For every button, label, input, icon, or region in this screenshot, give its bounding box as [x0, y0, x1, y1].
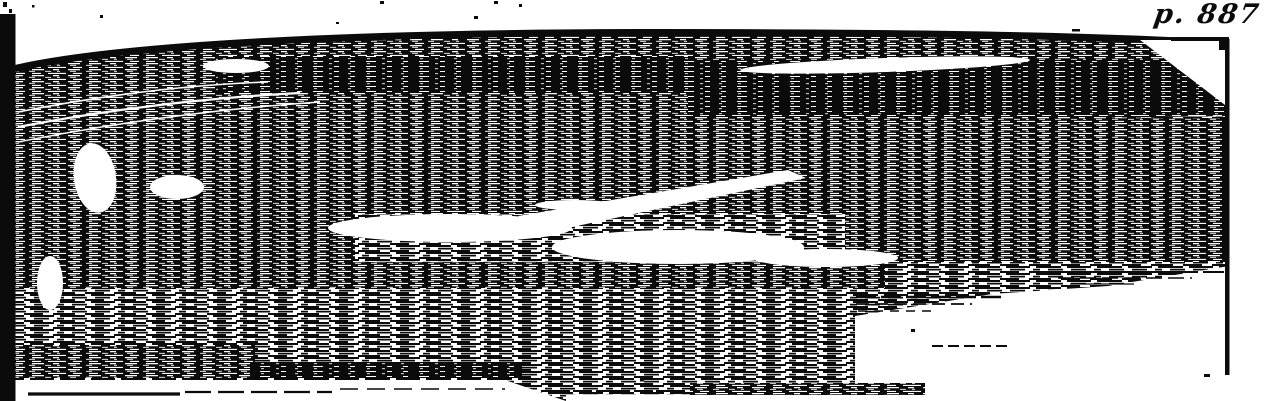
sky-speck-1	[100, 15, 103, 18]
highlight-streak-top-left	[203, 59, 269, 73]
gutter-band	[0, 14, 16, 401]
gutter-shadow	[0, 2, 16, 401]
sky-speck-4	[494, 1, 498, 4]
sky-speck-7	[336, 22, 339, 24]
speck-bottom-center	[640, 379, 644, 382]
engraving-figure	[0, 0, 1270, 401]
sky-speck-6	[32, 5, 35, 8]
sky-speck-2	[380, 1, 384, 4]
plate-border-corner	[1219, 37, 1229, 50]
gutter-speck-1	[3, 2, 7, 7]
dark-core-left	[218, 56, 688, 92]
bottom-center-dark-band	[250, 362, 522, 378]
sky-speck-5	[519, 4, 522, 7]
speck-border-end	[1204, 374, 1210, 377]
cluster-mid-left	[15, 205, 355, 263]
bottom-left-fade	[15, 380, 566, 401]
highlight-blob-2	[150, 175, 204, 199]
sky-speck-3	[474, 16, 478, 19]
ink-specks	[32, 1, 522, 24]
cluster-bottom-left	[15, 345, 255, 378]
cluster-lower-left	[15, 262, 885, 288]
page-number-annotation: p. 887	[1152, 0, 1263, 30]
bottom-center-dense-tail	[690, 383, 925, 395]
highlight-blob-3	[37, 256, 63, 310]
plate-border-right	[1225, 39, 1230, 375]
speck-top-tick	[1072, 29, 1080, 32]
highlight-lens-3	[754, 249, 898, 267]
speck-cross	[911, 329, 915, 332]
bottom-center-fade	[566, 395, 856, 401]
gutter-speck-2	[9, 9, 12, 13]
cluster-mid-right	[845, 205, 1229, 262]
scanned-book-page: p. 887	[0, 0, 1270, 401]
